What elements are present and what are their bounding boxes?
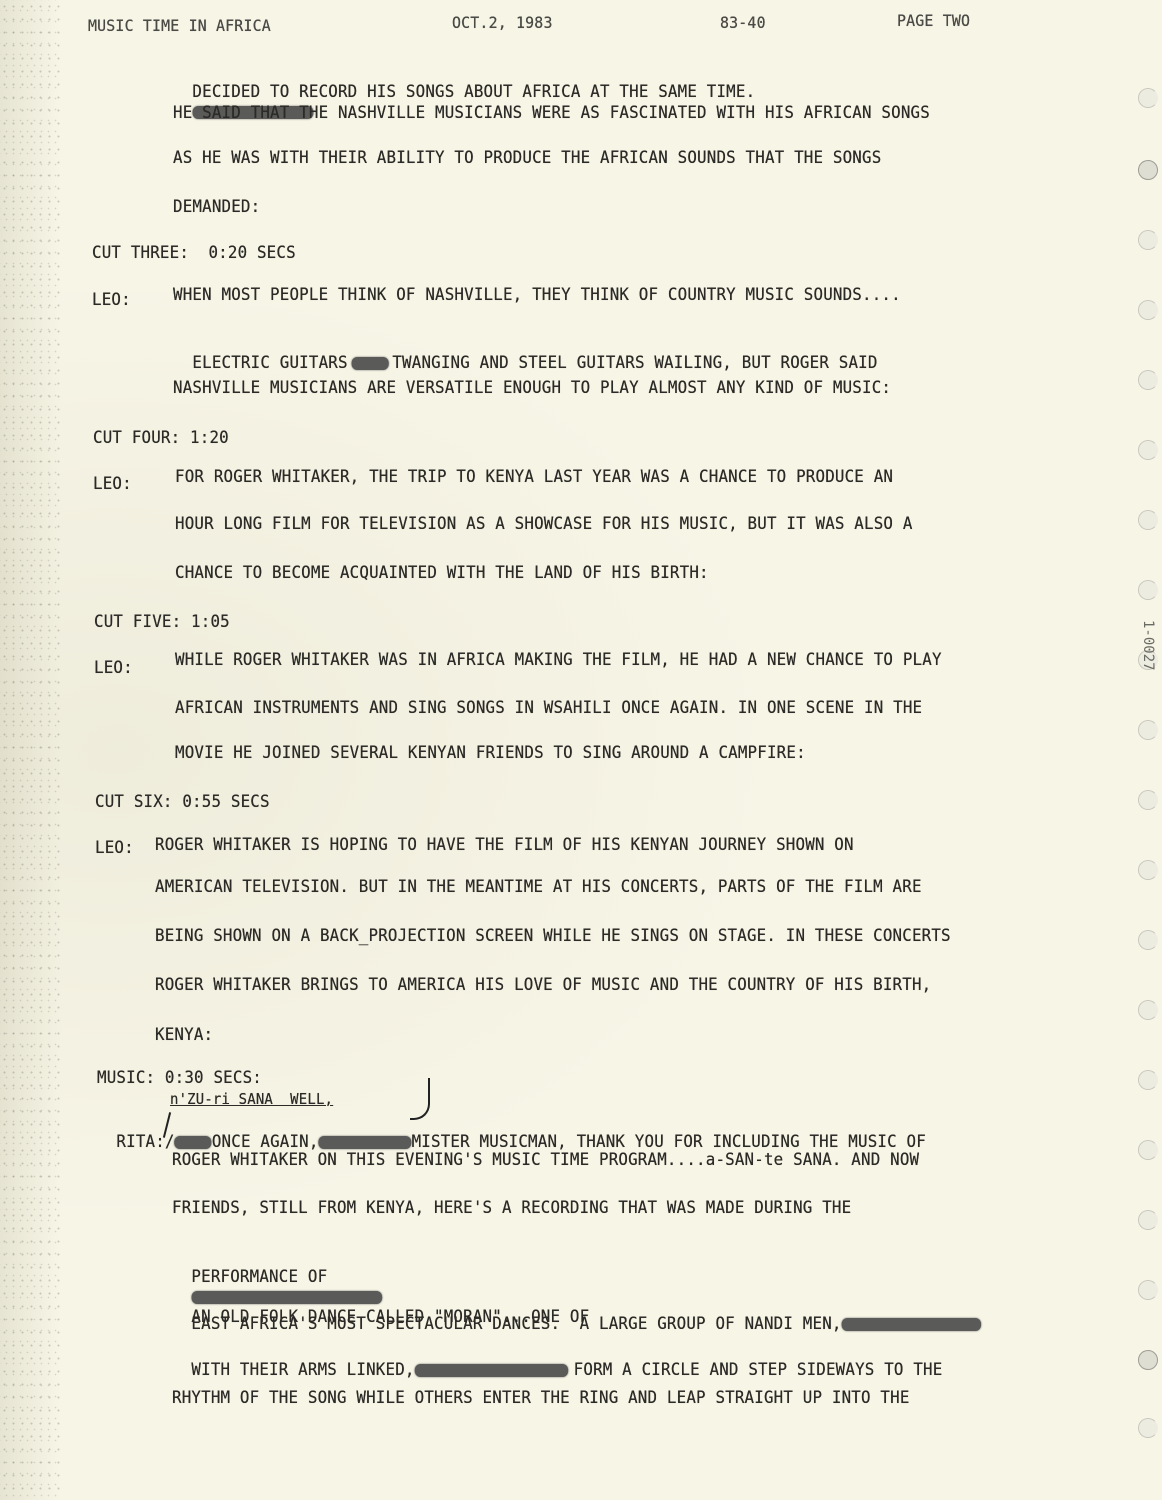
cut-cue-six: CUT SIX: 0:55 SECS: [95, 792, 270, 812]
text-line: BEING SHOWN ON A BACK_PROJECTION SCREEN …: [155, 926, 951, 946]
text-line: WITH THEIR ARMS LINKED,FORM A CIRCLE AND…: [172, 1340, 942, 1380]
speaker-label-rita: RITA:/: [116, 1132, 174, 1152]
line-text: DECIDED TO RECORD HIS SONGS ABOUT AFRICA…: [192, 82, 755, 102]
text-line: ROGER WHITAKER BRINGS TO AMERICA HIS LOV…: [155, 975, 931, 995]
binder-hole: [1138, 510, 1158, 530]
speaker-label-leo: LEO:: [92, 290, 131, 310]
header-episode-number: 83-40: [720, 13, 766, 32]
binder-hole: [1138, 370, 1158, 390]
text-line: FRIENDS, STILL FROM KENYA, HERE'S A RECO…: [172, 1198, 851, 1218]
binder-hole: [1138, 580, 1158, 600]
text-line: AFRICAN INSTRUMENTS AND SING SONGS IN WS…: [175, 698, 922, 718]
header-page-number: PAGE TWO: [897, 11, 970, 30]
cut-cue-five: CUT FIVE: 1:05: [94, 612, 230, 632]
cut-cue-four: CUT FOUR: 1:20: [93, 428, 229, 448]
redaction-mark: [319, 1136, 412, 1149]
cut-cue-three: CUT THREE: 0:20 SECS: [92, 243, 296, 263]
binder-hole: [1138, 1418, 1158, 1438]
text-line: EAST AFRICA'S MOST SPECTACULAR DANCES. A…: [172, 1294, 981, 1334]
line-text: EAST AFRICA'S MOST SPECTACULAR DANCES. A…: [191, 1314, 841, 1334]
text-line: ELECTRIC GUITARSTWANGING AND STEEL GUITA…: [173, 333, 878, 373]
binder-hole: [1138, 1000, 1158, 1020]
text-line: RHYTHM OF THE SONG WHILE OTHERS ENTER TH…: [172, 1388, 910, 1408]
text-line: NASHVILLE MUSICIANS ARE VERSATILE ENOUGH…: [173, 378, 891, 398]
binder-hole: [1138, 1210, 1158, 1230]
line-text: PERFORMANCE OF: [191, 1267, 327, 1287]
binder-hole: [1138, 790, 1158, 810]
scan-noise-left-edge: [0, 0, 60, 1500]
binder-hole: [1138, 88, 1158, 108]
text-line: FOR ROGER WHITAKER, THE TRIP TO KENYA LA…: [175, 467, 893, 487]
text-line: WHEN MOST PEOPLE THINK OF NASHVILLE, THE…: [173, 285, 901, 305]
binder-hole: [1138, 720, 1158, 740]
text-line: MOVIE HE JOINED SEVERAL KENYAN FRIENDS T…: [175, 743, 806, 763]
redaction-mark: [842, 1318, 982, 1331]
binder-hole: [1138, 1140, 1158, 1160]
line-text: ELECTRIC GUITARS: [192, 353, 347, 373]
binder-hole: [1138, 930, 1158, 950]
line-text: TWANGING AND STEEL GUITARS WAILING, BUT …: [392, 353, 877, 373]
text-line: HE SAID THAT THE NASHVILLE MUSICIANS WER…: [173, 103, 930, 123]
text-line: ROGER WHITAKER ON THIS EVENING'S MUSIC T…: [172, 1150, 919, 1170]
speaker-label-leo: LEO:: [93, 474, 132, 494]
margin-annotation: 1-0027: [1140, 620, 1156, 671]
binder-hole: [1138, 440, 1158, 460]
text-line: CHANCE TO BECOME ACQUAINTED WITH THE LAN…: [175, 563, 709, 583]
redaction-mark: [175, 1136, 212, 1149]
line-text: FORM A CIRCLE AND STEP SIDEWAYS TO THE: [574, 1360, 943, 1380]
line-text: MISTER MUSICMAN, THANK YOU FOR INCLUDING…: [412, 1132, 926, 1152]
speaker-label-leo: LEO:: [94, 658, 133, 678]
binder-hole: [1138, 1350, 1158, 1370]
binder-hole: [1138, 160, 1158, 180]
binder-hole: [1138, 860, 1158, 880]
text-line: RITA:/ONCE AGAIN,MISTER MUSICMAN, THANK …: [97, 1112, 926, 1152]
redaction-mark: [351, 357, 388, 370]
header-program-title: MUSIC TIME IN AFRICA: [88, 16, 271, 35]
speaker-label-leo: LEO:: [95, 838, 134, 858]
line-text: ONCE AGAIN,: [212, 1132, 319, 1152]
text-line: AS HE WAS WITH THEIR ABILITY TO PRODUCE …: [173, 148, 881, 168]
binder-hole: [1138, 1070, 1158, 1090]
header-date: OCT.2, 1983: [452, 13, 553, 32]
binder-hole: [1138, 230, 1158, 250]
text-line: AMERICAN TELEVISION. BUT IN THE MEANTIME…: [155, 877, 922, 897]
text-line: KENYA:: [155, 1025, 213, 1045]
text-line: WHILE ROGER WHITAKER WAS IN AFRICA MAKIN…: [175, 650, 942, 670]
redaction-mark: [415, 1364, 568, 1377]
music-cue: MUSIC: 0:30 SECS:: [97, 1068, 262, 1088]
binder-hole: [1138, 300, 1158, 320]
handwritten-insert: n'ZU-ri SANA WELL,: [170, 1090, 333, 1108]
text-line: ROGER WHITAKER IS HOPING TO HAVE THE FIL…: [155, 835, 854, 855]
binder-hole: [1138, 1280, 1158, 1300]
text-line: DEMANDED:: [173, 197, 260, 217]
text-line: HOUR LONG FILM FOR TELEVISION AS A SHOWC…: [175, 514, 913, 534]
line-text: WITH THEIR ARMS LINKED,: [191, 1360, 414, 1380]
